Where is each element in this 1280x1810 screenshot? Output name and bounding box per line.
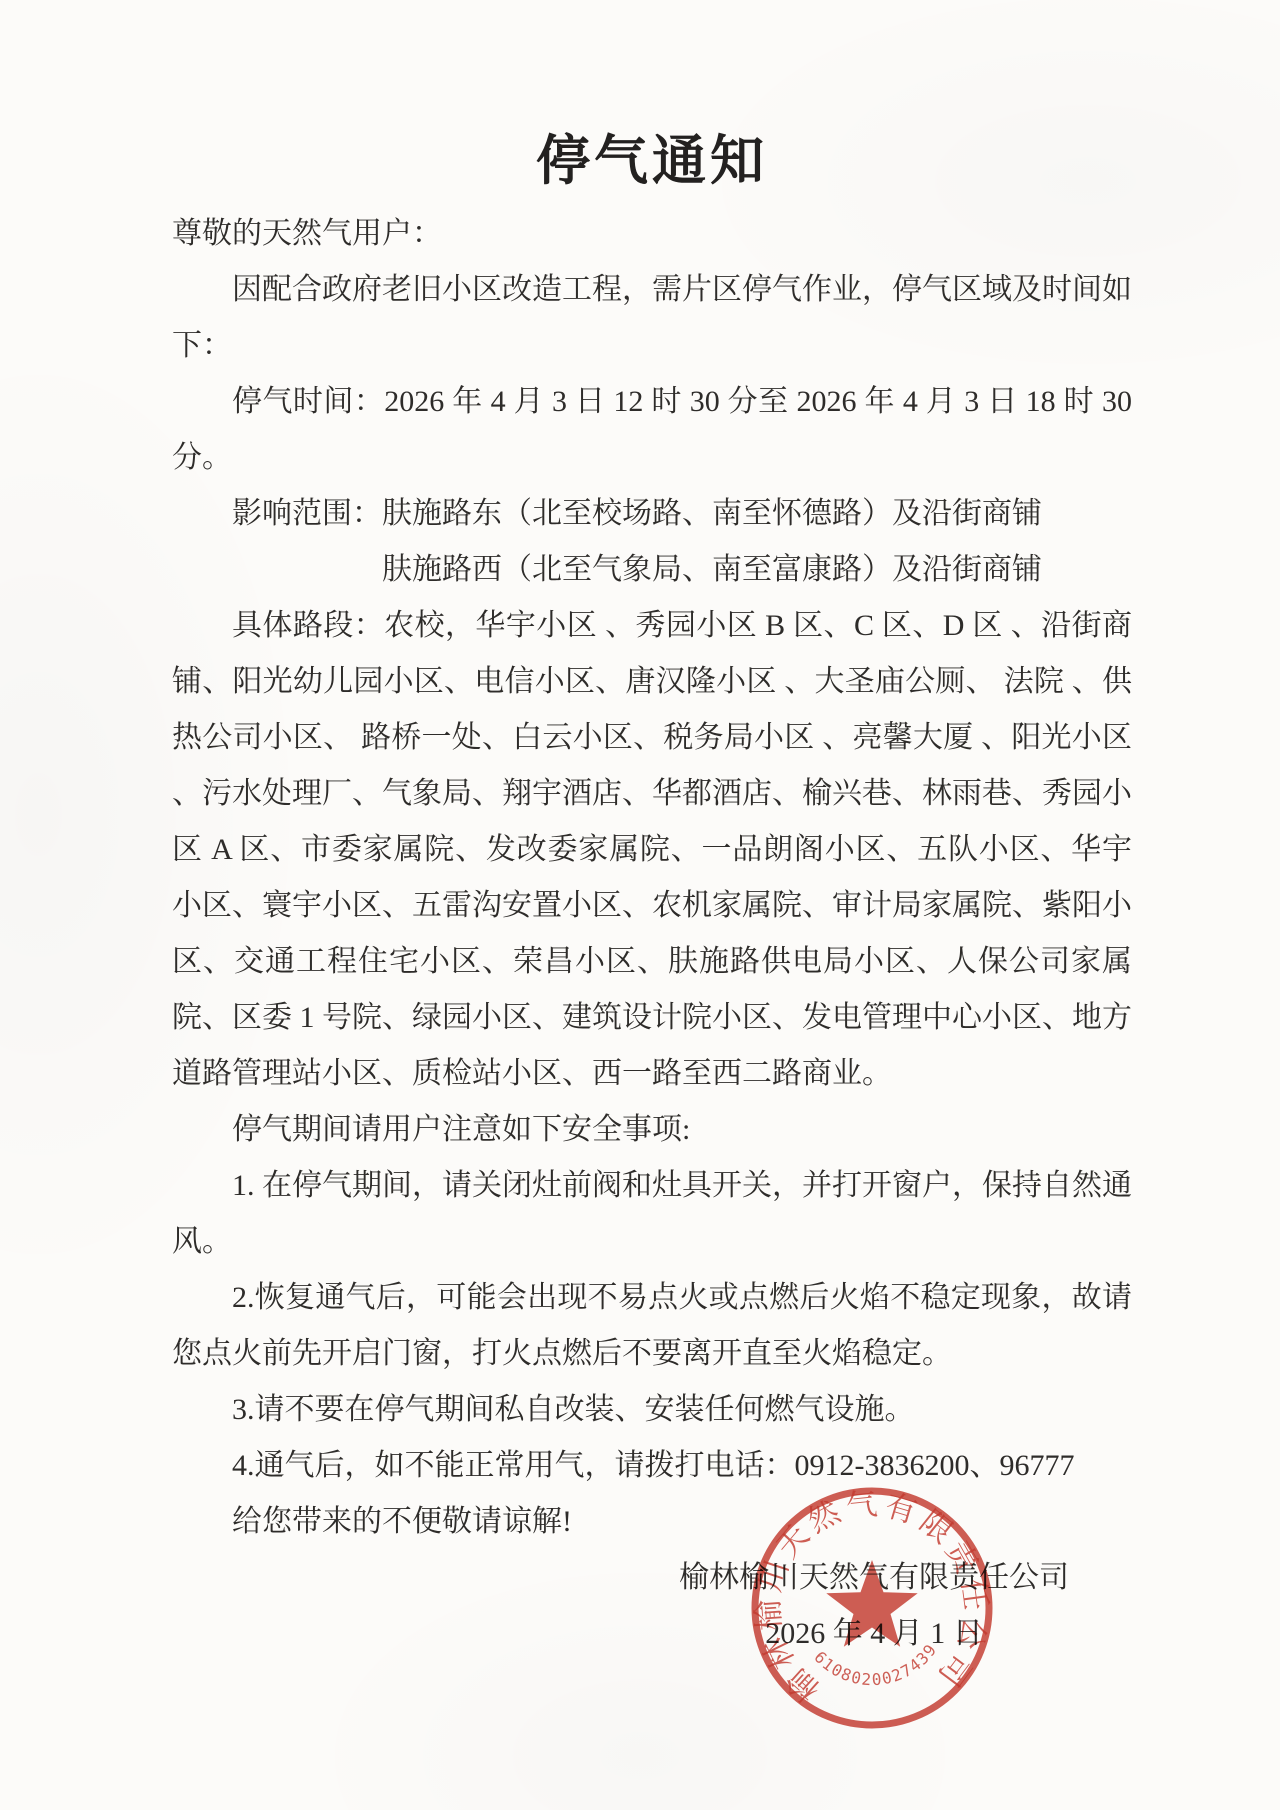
paragraph-intro: 因配合政府老旧小区改造工程，需片区停气作业，停气区域及时间如下： [172,262,1132,374]
signature-block: 榆林榆川天然气有限责任公司 2026 年 4 月 1 日 [674,1550,1074,1662]
safety-item-3: 3.请不要在停气期间私自改装、安装任何燃气设施。 [172,1382,1132,1438]
paragraph-safety-intro: 停气期间请用户注意如下安全事项: [172,1102,1132,1158]
paragraph-detailed-roads: 具体路段：农校，华宇小区 、秀园小区 B 区、C 区、D 区 、沿街商铺、阳光幼… [172,598,1132,1102]
safety-item-1: 1. 在停气期间，请关闭灶前阀和灶具开关，并打开窗户，保持自然通风。 [172,1158,1132,1270]
notice-document: 停气通知 尊敬的天然气用户： 因配合政府老旧小区改造工程，需片区停气作业，停气区… [172,0,1132,1662]
paragraph-scope-west: 肤施路西（北至气象局、南至富康路）及沿街商铺 [172,542,1132,598]
notice-title: 停气通知 [172,128,1132,194]
notice-page: 停气通知 尊敬的天然气用户： 因配合政府老旧小区改造工程，需片区停气作业，停气区… [0,0,1280,1810]
salutation: 尊敬的天然气用户： [172,206,1132,262]
paragraph-suspension-time: 停气时间：2026 年 4 月 3 日 12 时 30 分至 2026 年 4 … [172,374,1132,486]
issue-date: 2026 年 4 月 1 日 [674,1606,1074,1662]
safety-item-2: 2.恢复通气后，可能会出现不易点火或点燃后火焰不稳定现象，故请您点火前先开启门窗… [172,1270,1132,1382]
paragraph-scope-east: 影响范围：肤施路东（北至校场路、南至怀德路）及沿街商铺 [172,486,1132,542]
paragraph-apology: 给您带来的不便敬请谅解! [172,1494,1132,1550]
company-name: 榆林榆川天然气有限责任公司 [674,1550,1074,1606]
safety-item-4: 4.通气后，如不能正常用气，请拨打电话：0912-3836200、96777 [172,1438,1132,1494]
